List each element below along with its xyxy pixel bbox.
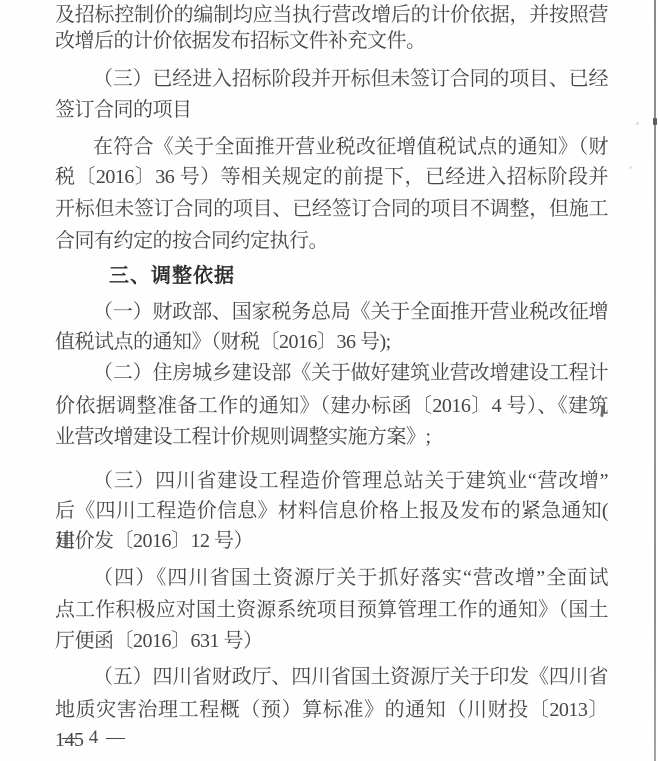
doc-line: （三）已经进入招标阶段并开标但未签订合同的项目、已经 — [55, 64, 608, 94]
doc-line: 在符合《关于全面推开营业税改征增值税试点的通知》（财 — [55, 132, 608, 162]
doc-line: （二）住房城乡建设部《关于做好建筑业营改增建设工程计 — [55, 358, 608, 388]
scan-edge-line — [654, 0, 656, 761]
page-number: — 4 — — [62, 723, 127, 753]
scanned-document-page: 及招标控制价的编制均应当执行营改增后的计价依据，并按照营 改增后的计价依据发布招… — [0, 0, 658, 761]
doc-line: 合同有约定的按合同约定执行。 — [55, 226, 608, 256]
scan-edge-blob — [653, 118, 657, 125]
section-heading: 三、调整依据 — [55, 261, 658, 291]
doc-line: 点工作积极应对国土资源系统项目预算管理工作的通知》（国土 — [55, 595, 608, 625]
doc-line: （五）四川省财政厅、四川省国土资源厅关于印发《四川省 — [55, 662, 608, 692]
doc-line: 建价发〔2016〕12 号） — [55, 526, 608, 556]
doc-line: 值税试点的通知》（财税〔2016〕36 号); — [55, 327, 608, 357]
doc-line: 业营改增建设工程计价规则调整实施方案》; — [55, 422, 608, 452]
doc-line: 税〔2016〕36 号）等相关规定的前提下，已经进入招标阶段并 — [55, 162, 608, 192]
doc-line: （一）财政部、国家税务总局《关于全面推开营业税改征增 — [55, 297, 608, 327]
scan-speck — [636, 122, 639, 125]
doc-line: 价依据调整准备工作的通知》（建办标函〔2016〕4 号）、《建筑 — [55, 391, 608, 421]
doc-line: 厅便函〔2016〕631 号） — [55, 626, 608, 656]
doc-line: 地质灾害治理工程概（预）算标准》的通知（川财投〔2013〕145 — [55, 695, 608, 755]
doc-line: （三）四川省建设工程造价管理总站关于建筑业“营改增” — [55, 466, 608, 496]
doc-line: 签订合同的项目 — [55, 95, 608, 125]
doc-line: （四）《四川省国土资源厅关于抓好落实“营改增”全面试 — [55, 563, 608, 593]
doc-line: 开标但未签订合同的项目、已经签订合同的项目不调整，但施工 — [55, 194, 608, 224]
scan-speck — [629, 166, 632, 169]
doc-line: 改增后的计价依据发布招标文件补充文件。 — [55, 26, 608, 56]
